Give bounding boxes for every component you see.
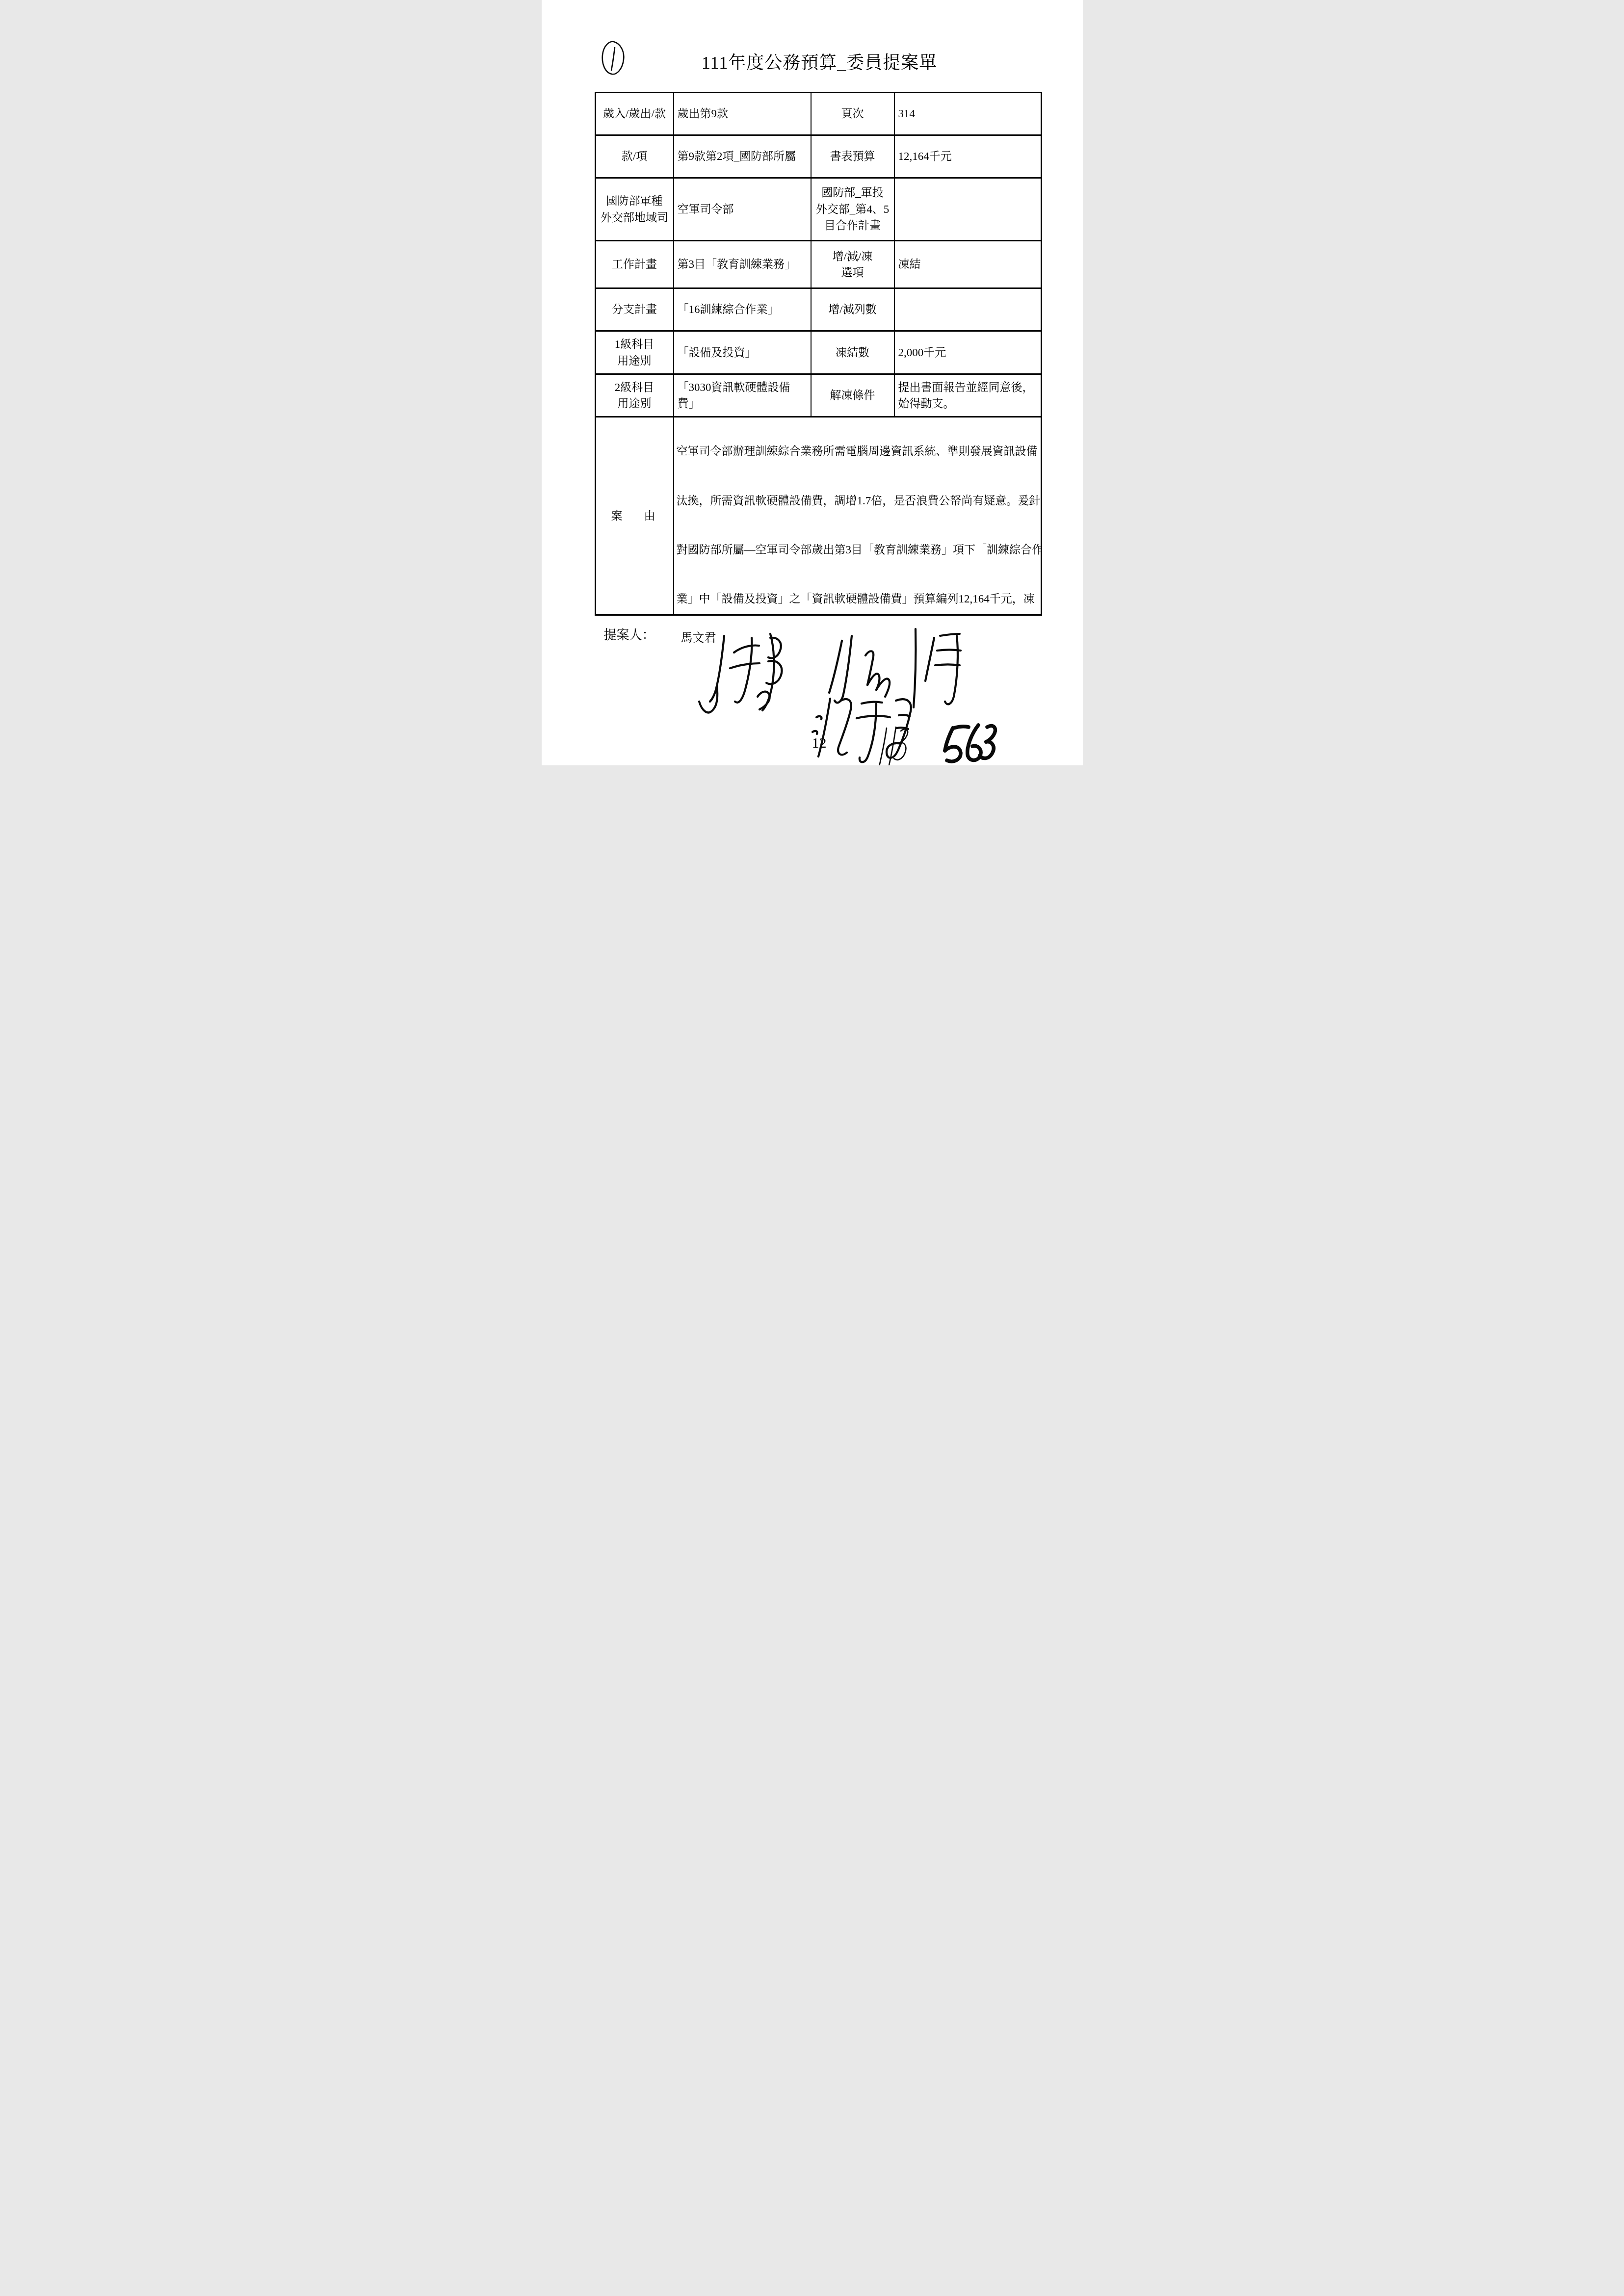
handwritten-number-113 <box>879 727 908 765</box>
field-value-budget-section: 歲出第9款 <box>674 93 812 136</box>
field-value-page-index: 314 <box>895 93 1041 136</box>
field-label-level1-category: 1級科目 用途別 <box>596 332 674 375</box>
field-value-book-budget: 12,164千元 <box>895 136 1041 179</box>
proposal-table: 歲入/歲出/款 歲出第9款 頁次 314 款/項 第9款第2項_國防部所屬 書表… <box>595 92 1042 616</box>
field-label-frozen-amount: 凍結數 <box>812 332 895 375</box>
field-label-service-branch: 國防部軍種 外交部地域司 <box>596 179 674 241</box>
handwritten-number-563 <box>945 725 995 761</box>
case-text-line: 空軍司令部辦理訓練綜合業務所需電腦周邊資訊系統、準則發展資訊設備 <box>677 435 1039 468</box>
proposer-name: 馬文君 <box>681 628 716 645</box>
field-value-adjust-option: 凍結 <box>895 241 1041 289</box>
case-text-line: 汰換，所需資訊軟硬體設備費，調增1.7倍，是否浪費公帑尚有疑意。爰針 <box>677 484 1039 517</box>
case-text-line: 業」中「設備及投資」之「資訊軟硬體設備費」預算編列12,164千元，凍 <box>677 582 1039 614</box>
field-value-adjust-amount <box>895 289 1041 332</box>
field-label-item: 款/項 <box>596 136 674 179</box>
field-value-service-branch: 空軍司令部 <box>674 179 812 241</box>
signature-wen-yu-hsia <box>812 699 911 762</box>
field-value-cooperation-plan <box>895 179 1041 241</box>
field-label-adjust-amount: 增/減列數 <box>812 289 895 332</box>
field-value-frozen-amount: 2,000千元 <box>895 332 1041 375</box>
signature-ma-wen-chun <box>699 634 782 712</box>
field-label-sub-plan: 分支計畫 <box>596 289 674 332</box>
field-value-work-plan: 第3目「教育訓練業務」 <box>674 241 812 289</box>
page-number: 12 <box>812 735 827 752</box>
field-label-adjust-option: 增/減/凍 選項 <box>812 241 895 289</box>
signature-chen-yi-hsin <box>829 629 961 707</box>
field-value-unfreeze-condition: 提出書面報告並經同意後， 始得動支。 <box>895 375 1041 417</box>
field-label-budget-section: 歲入/歲出/款 <box>596 93 674 136</box>
field-label-work-plan: 工作計畫 <box>596 241 674 289</box>
field-label-case-description: 案由 <box>596 417 674 614</box>
field-label-page-index: 頁次 <box>812 93 895 136</box>
field-value-item: 第9款第2項_國防部所屬 <box>674 136 812 179</box>
field-value-sub-plan: 「16訓練綜合作業」 <box>674 289 812 332</box>
field-value-level1-category: 「設備及投資」 <box>674 332 812 375</box>
scanned-proposal-form: 111年度公務預算_委員提案單 歲入/歲出/款 歲出第9款 頁次 314 款/項… <box>542 0 1083 765</box>
page-title: 111年度公務預算_委員提案單 <box>556 49 1083 74</box>
field-label-cooperation-plan: 國防部_軍投 外交部_第4、5 目合作計畫 <box>812 179 895 241</box>
field-label-level2-category: 2級科目 用途別 <box>596 375 674 417</box>
proposer-label: 提案人： <box>604 625 655 643</box>
field-label-unfreeze-condition: 解凍條件 <box>812 375 895 417</box>
field-value-level2-category: 「3030資訊軟硬體設備 費」 <box>674 375 812 417</box>
field-value-case-description: 空軍司令部辦理訓練綜合業務所需電腦周邊資訊系統、準則發展資訊設備 汰換，所需資訊… <box>674 417 1041 614</box>
case-text-line: 對國防部所屬—空軍司令部歲出第3目「教育訓練業務」項下「訓練綜合作 <box>677 533 1039 566</box>
field-label-book-budget: 書表預算 <box>812 136 895 179</box>
